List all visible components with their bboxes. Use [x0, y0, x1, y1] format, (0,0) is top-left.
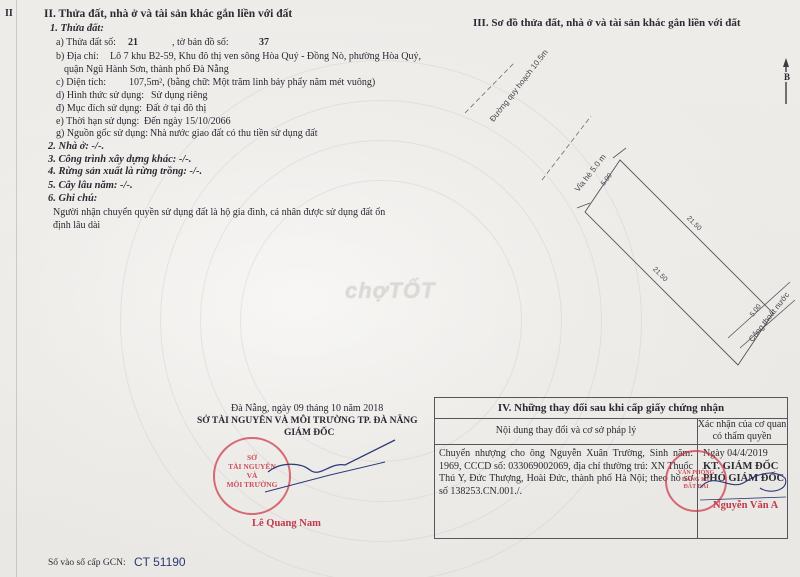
certificate-page: II II. Thửa đất, nhà ở và tài sản khác g…	[0, 0, 800, 577]
confirmation-signature	[0, 0, 800, 577]
